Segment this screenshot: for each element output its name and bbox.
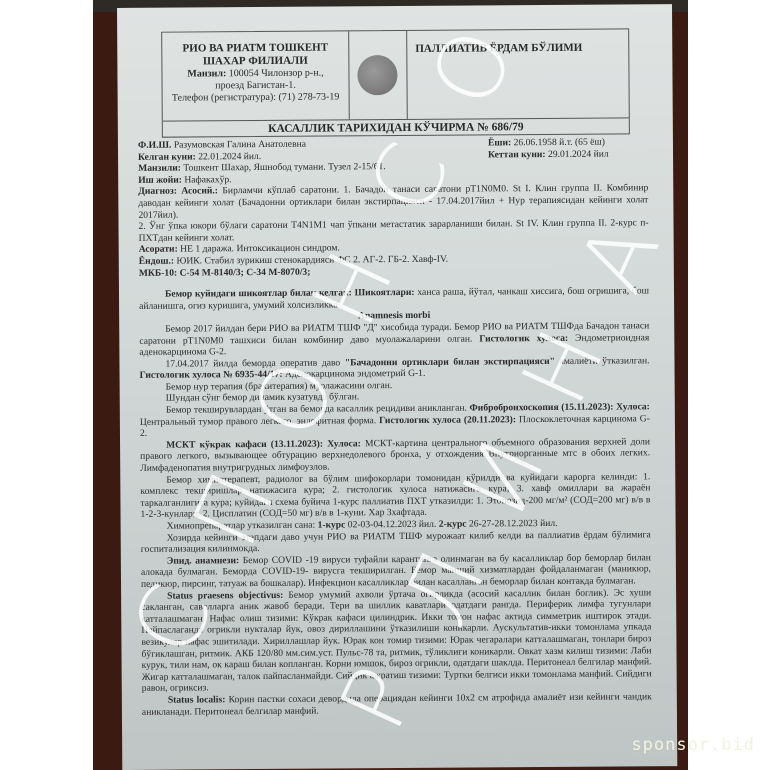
organization-address: Манзил: 100054 Чилонзор р-н., проезд Баг… (162, 67, 348, 92)
organization-phone: Телефон (регистратура): (71) 278-73-19 (163, 91, 349, 104)
document-header: РИО ВА РИАТМ ТОШКЕНТ ШАХАР ФИЛИАЛИ Манзи… (161, 28, 630, 137)
sponsor-watermark: sponsor.bid (631, 735, 755, 755)
organization-name: РИО ВА РИАТМ ТОШКЕНТ ШАХАР ФИЛИАЛИ (162, 41, 348, 68)
document-title: КАСАЛЛИК ТАРИХИДАН КЎЧИРМА № 686/79 (163, 117, 629, 137)
patient-work: Нафакахўр. (184, 174, 231, 185)
organization-logo-icon (357, 55, 397, 95)
organization-block: РИО ВА РИАТМ ТОШКЕНТ ШАХАР ФИЛИАЛИ Манзи… (162, 31, 350, 120)
logo-cell (348, 31, 408, 119)
document-page: РИО ВА РИАТМ ТОШКЕНТ ШАХАР ФИЛИАЛИ Манзи… (117, 4, 677, 770)
admission-date: 22.01.2024 йил. (198, 151, 261, 162)
patient-name: Разумовская Галина Анатолевна (174, 139, 306, 151)
